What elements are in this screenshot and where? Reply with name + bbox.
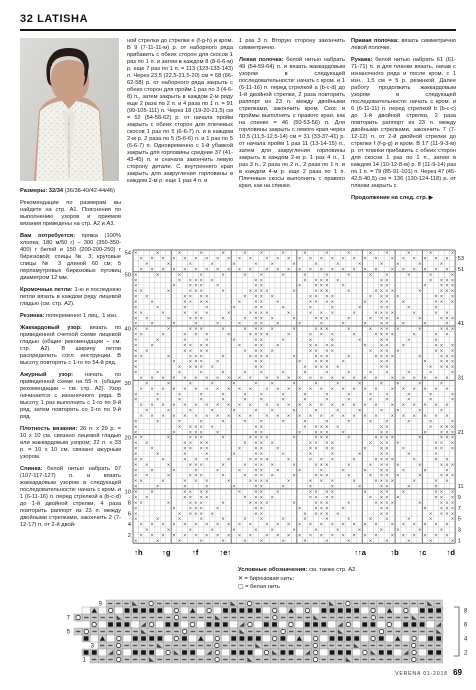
svg-text:×: × xyxy=(167,473,170,479)
svg-text:×: × xyxy=(374,500,377,506)
svg-text:×: × xyxy=(309,533,312,539)
svg-text:×: × xyxy=(325,251,328,257)
back-paragraph: Спинка:белой нитью набрать 97 (107-117-1… xyxy=(20,466,121,529)
svg-text:×: × xyxy=(156,452,159,458)
svg-text:×: × xyxy=(369,397,372,403)
svg-text:×: × xyxy=(451,299,454,305)
svg-text:×: × xyxy=(249,403,252,409)
svg-text:×: × xyxy=(227,256,230,262)
svg-text:×: × xyxy=(140,533,143,539)
svg-text:×: × xyxy=(353,310,356,316)
svg-text:×: × xyxy=(227,267,230,273)
svg-text:×: × xyxy=(336,408,339,414)
svg-text:×: × xyxy=(374,414,377,420)
svg-text:×: × xyxy=(200,370,203,376)
svg-text:×: × xyxy=(287,479,290,485)
svg-text:×: × xyxy=(314,473,317,479)
svg-text:×: × xyxy=(418,354,421,360)
svg-text:×: × xyxy=(413,267,416,273)
svg-text:4: 4 xyxy=(128,522,132,528)
svg-text:×: × xyxy=(140,435,143,441)
svg-text:×: × xyxy=(140,267,143,273)
svg-text:×: × xyxy=(303,424,306,430)
svg-text:×: × xyxy=(254,261,257,267)
svg-text:×: × xyxy=(222,500,225,506)
svg-text:×: × xyxy=(429,251,432,257)
svg-text:×: × xyxy=(434,522,437,528)
column-back-continued: ной стрелки до стрелки e (f-g-h) и кром.… xyxy=(127,38,233,250)
svg-text:×: × xyxy=(424,403,427,409)
svg-text:×: × xyxy=(194,267,197,273)
svg-text:×: × xyxy=(238,533,241,539)
svg-text:×: × xyxy=(391,403,394,409)
back-continued-paragraph: ной стрелки до стрелки e (f-g-h) и кром.… xyxy=(127,38,233,185)
svg-text:↑c: ↑c xyxy=(418,548,426,557)
svg-text:×: × xyxy=(167,261,170,267)
svg-text:×: × xyxy=(402,522,405,528)
svg-text:×: × xyxy=(434,414,437,420)
svg-text:×: × xyxy=(156,484,159,490)
svg-text:×: × xyxy=(172,468,175,474)
svg-text:×: × xyxy=(276,256,279,262)
svg-text:×: × xyxy=(161,267,164,273)
svg-text:×: × xyxy=(243,251,246,257)
svg-text:×: × xyxy=(320,414,323,420)
svg-text:×: × xyxy=(424,267,427,273)
svg-text:×: × xyxy=(134,517,137,523)
svg-text:×: × xyxy=(287,376,290,382)
svg-text:×: × xyxy=(374,403,377,409)
svg-text:×: × xyxy=(331,386,334,392)
svg-text:×: × xyxy=(336,365,339,371)
svg-text:×: × xyxy=(189,408,192,414)
svg-text:×: × xyxy=(282,397,285,403)
svg-text:×: × xyxy=(336,278,339,284)
svg-text:×: × xyxy=(363,343,366,349)
svg-text:×: × xyxy=(238,376,241,382)
svg-text:×: × xyxy=(194,376,197,382)
svg-text:×: × xyxy=(222,289,225,295)
svg-text:×: × xyxy=(249,533,252,539)
svg-text:×: × xyxy=(363,490,366,496)
svg-text:×: × xyxy=(413,256,416,262)
svg-text:×: × xyxy=(167,528,170,534)
svg-text:6: 6 xyxy=(464,623,468,629)
svg-text:11: 11 xyxy=(458,484,464,490)
svg-text:31: 31 xyxy=(458,376,464,382)
svg-text:×: × xyxy=(243,419,246,425)
lace-paragraph: Ажурный узор:начать по приведенной схеме… xyxy=(20,372,121,421)
svg-text:×: × xyxy=(325,327,328,333)
svg-text:×: × xyxy=(445,414,448,420)
svg-text:×: × xyxy=(424,522,427,528)
svg-text:×: × xyxy=(232,337,235,343)
svg-text:×: × xyxy=(211,528,214,534)
svg-text:×: × xyxy=(227,479,230,485)
svg-text:×: × xyxy=(276,522,279,528)
svg-text:↑h: ↑h xyxy=(134,548,143,557)
svg-text:×: × xyxy=(391,289,394,295)
svg-text:×: × xyxy=(254,408,257,414)
svg-text:×: × xyxy=(205,348,208,354)
svg-text:×: × xyxy=(249,479,252,485)
svg-text:×: × xyxy=(292,354,295,360)
svg-text:×: × xyxy=(183,376,186,382)
svg-text:×: × xyxy=(320,256,323,262)
svg-text:×: × xyxy=(145,294,148,300)
svg-text:×: × xyxy=(396,327,399,333)
svg-text:×: × xyxy=(172,283,175,289)
svg-text:×: × xyxy=(380,528,383,534)
svg-text:×: × xyxy=(380,365,383,371)
svg-text:×: × xyxy=(298,533,301,539)
svg-text:×: × xyxy=(276,414,279,420)
svg-text:×: × xyxy=(140,310,143,316)
svg-text:×: × xyxy=(391,267,394,273)
svg-text:×: × xyxy=(145,462,148,468)
svg-text:×: × xyxy=(336,528,339,534)
svg-text:×: × xyxy=(172,430,175,436)
svg-text:×: × xyxy=(396,528,399,534)
svg-text:×: × xyxy=(161,386,164,392)
svg-text:×: × xyxy=(369,294,372,300)
svg-text:50: 50 xyxy=(125,272,131,278)
sizes-paragraph: Размеры: 32/34(36/38-40/42-44/46) xyxy=(20,188,121,195)
svg-text:×: × xyxy=(391,435,394,441)
svg-text:×: × xyxy=(314,462,317,468)
svg-text:×: × xyxy=(331,495,334,501)
svg-text:×: × xyxy=(161,479,164,485)
svg-text:×: × xyxy=(249,332,252,338)
svg-text:×: × xyxy=(222,316,225,322)
svg-text:×: × xyxy=(194,256,197,262)
svg-text:×: × xyxy=(309,386,312,392)
svg-text:×: × xyxy=(353,457,356,463)
svg-text:×: × xyxy=(243,370,246,376)
svg-text:×: × xyxy=(287,403,290,409)
svg-text:×: × xyxy=(413,310,416,316)
svg-text:×: × xyxy=(298,386,301,392)
svg-text:×: × xyxy=(167,381,170,387)
svg-text:×: × xyxy=(418,261,421,267)
svg-text:×: × xyxy=(347,316,350,322)
svg-text:×: × xyxy=(271,462,274,468)
svg-text:×: × xyxy=(391,354,394,360)
svg-text:×: × xyxy=(282,452,285,458)
svg-text:×: × xyxy=(151,533,154,539)
svg-text:×: × xyxy=(265,500,268,506)
svg-text:×: × xyxy=(200,397,203,403)
svg-text:×: × xyxy=(216,283,219,289)
svg-text:×: × xyxy=(325,538,328,544)
svg-text:×: × xyxy=(254,528,257,534)
svg-text:×: × xyxy=(391,386,394,392)
svg-text:×: × xyxy=(298,506,301,512)
svg-text:×: × xyxy=(151,376,154,382)
svg-text:×: × xyxy=(331,267,334,273)
svg-text:×: × xyxy=(243,538,246,544)
svg-text:5: 5 xyxy=(67,630,71,636)
svg-text:×: × xyxy=(445,511,448,517)
svg-text:×: × xyxy=(353,332,356,338)
svg-text:×: × xyxy=(298,359,301,365)
svg-text:×: × xyxy=(363,403,366,409)
svg-text:×: × xyxy=(309,495,312,501)
svg-text:×: × xyxy=(276,386,279,392)
svg-text:×: × xyxy=(211,365,214,371)
svg-text:×: × xyxy=(413,403,416,409)
svg-text:×: × xyxy=(265,479,268,485)
svg-text:×: × xyxy=(402,343,405,349)
back-finish-paragraph: 1 раз 3 п. Вторую сторону закончить симм… xyxy=(239,38,345,52)
svg-text:×: × xyxy=(353,533,356,539)
page-title: 32 LATISHA xyxy=(20,13,88,25)
svg-text:×: × xyxy=(222,397,225,403)
svg-text:×: × xyxy=(396,294,399,300)
svg-text:×: × xyxy=(440,408,443,414)
svg-text:×: × xyxy=(145,473,148,479)
svg-text:×: × xyxy=(331,256,334,262)
svg-text:×: × xyxy=(167,327,170,333)
svg-text:×: × xyxy=(353,386,356,392)
svg-text:×: × xyxy=(200,299,203,305)
svg-text:×: × xyxy=(451,397,454,403)
svg-text:×: × xyxy=(407,272,410,278)
svg-text:×: × xyxy=(151,403,154,409)
svg-text:×: × xyxy=(167,435,170,441)
svg-text:×: × xyxy=(161,332,164,338)
svg-text:×: × xyxy=(374,457,377,463)
svg-text:×: × xyxy=(402,414,405,420)
svg-text:×: × xyxy=(336,261,339,267)
svg-text:×: × xyxy=(303,538,306,544)
svg-text:×: × xyxy=(249,354,252,360)
svg-text:×: × xyxy=(276,267,279,273)
svg-text:×: × xyxy=(331,310,334,316)
svg-text:×: × xyxy=(260,538,263,544)
svg-text:×: × xyxy=(276,376,279,382)
svg-text:×: × xyxy=(265,457,268,463)
svg-text:×: × xyxy=(189,365,192,371)
svg-text:×: × xyxy=(167,316,170,322)
svg-text:×: × xyxy=(385,538,388,544)
svg-text:×: × xyxy=(298,267,301,273)
svg-text:×: × xyxy=(331,414,334,420)
svg-text:×: × xyxy=(183,403,186,409)
svg-text:×: × xyxy=(254,511,257,517)
svg-text:×: × xyxy=(292,462,295,468)
svg-text:×: × xyxy=(194,479,197,485)
svg-text:×: × xyxy=(374,386,377,392)
svg-text:×: × xyxy=(200,462,203,468)
svg-text:×: × xyxy=(445,403,448,409)
svg-text:×: × xyxy=(161,522,164,528)
svg-text:×: × xyxy=(271,408,274,414)
svg-text:×: × xyxy=(320,376,323,382)
svg-text:×: × xyxy=(238,256,241,262)
svg-text:×: × xyxy=(249,414,252,420)
materials-paragraph: Вам потребуется:пряжа (100% хлопка; 180 … xyxy=(20,233,121,282)
svg-text:×: × xyxy=(271,473,274,479)
svg-text:×: × xyxy=(140,479,143,485)
svg-text:×: × xyxy=(418,289,421,295)
svg-text:×: × xyxy=(194,289,197,295)
recommendations-paragraph: Рекомендации по размерам вы найдете на с… xyxy=(20,200,121,228)
svg-text:×: × xyxy=(178,370,181,376)
svg-text:×: × xyxy=(254,365,257,371)
svg-text:×: × xyxy=(358,337,361,343)
svg-text:×: × xyxy=(342,376,345,382)
svg-text:×: × xyxy=(407,538,410,544)
svg-text:×: × xyxy=(445,332,448,338)
svg-text:×: × xyxy=(358,261,361,267)
svg-text:×: × xyxy=(216,533,219,539)
svg-text:×: × xyxy=(156,305,159,311)
svg-text:×: × xyxy=(353,522,356,528)
svg-text:×: × xyxy=(222,327,225,333)
svg-text:↑g: ↑g xyxy=(162,548,171,557)
svg-text:×: × xyxy=(189,528,192,534)
svg-text:×: × xyxy=(205,414,208,420)
svg-text:×: × xyxy=(194,365,197,371)
svg-text:×: × xyxy=(265,533,268,539)
svg-text:×: × xyxy=(167,354,170,360)
svg-text:×: × xyxy=(353,479,356,485)
svg-text:×: × xyxy=(287,256,290,262)
svg-text:×: × xyxy=(429,370,432,376)
svg-text:3: 3 xyxy=(91,644,95,650)
svg-text:×: × xyxy=(194,522,197,528)
svg-text:×: × xyxy=(451,327,454,333)
svg-text:×: × xyxy=(320,479,323,485)
svg-text:×: × xyxy=(407,397,410,403)
svg-text:×: × xyxy=(216,506,219,512)
svg-text:×: × xyxy=(325,462,328,468)
svg-text:×: × xyxy=(145,327,148,333)
svg-text:×: × xyxy=(216,430,219,436)
svg-text:×: × xyxy=(309,403,312,409)
svg-text:×: × xyxy=(358,305,361,311)
svg-text:×: × xyxy=(178,278,181,284)
svg-text:8: 8 xyxy=(128,500,131,506)
svg-text:×: × xyxy=(298,376,301,382)
svg-text:×: × xyxy=(167,408,170,414)
svg-text:×: × xyxy=(413,522,416,528)
svg-text:×: × xyxy=(331,457,334,463)
svg-text:×: × xyxy=(363,299,366,305)
svg-text:×: × xyxy=(211,278,214,284)
svg-text:×: × xyxy=(434,376,437,382)
svg-text:×: × xyxy=(200,327,203,333)
svg-text:×: × xyxy=(440,511,443,517)
svg-text:×: × xyxy=(156,272,159,278)
svg-text:×: × xyxy=(451,538,454,544)
svg-text:×: × xyxy=(331,522,334,528)
svg-text:×: × xyxy=(353,414,356,420)
svg-text:×: × xyxy=(287,414,290,420)
svg-text:×: × xyxy=(369,316,372,322)
svg-text:×: × xyxy=(309,348,312,354)
svg-text:×: × xyxy=(320,365,323,371)
svg-text:×: × xyxy=(205,386,208,392)
footer-brand: VERENA xyxy=(395,671,421,677)
svg-text:×: × xyxy=(287,522,290,528)
svg-text:×: × xyxy=(407,517,410,523)
svg-text:×: × xyxy=(374,256,377,262)
continuation-note: Продолжение на след. стр. ▶ xyxy=(351,195,456,202)
right-front-paragraph: Правая полочка:вязать симметрично левой … xyxy=(351,38,456,52)
svg-text:×: × xyxy=(151,414,154,420)
svg-text:×: × xyxy=(227,386,230,392)
svg-text:×: × xyxy=(140,457,143,463)
column-sleeves: Правая полочка:вязать симметрично левой … xyxy=(351,38,456,250)
svg-text:×: × xyxy=(167,289,170,295)
svg-text:×: × xyxy=(434,267,437,273)
svg-text:×: × xyxy=(347,419,350,425)
svg-text:×: × xyxy=(282,337,285,343)
svg-text:×: × xyxy=(227,332,230,338)
svg-text:×: × xyxy=(216,522,219,528)
svg-text:×: × xyxy=(374,310,377,316)
svg-text:×: × xyxy=(391,533,394,539)
svg-text:×: × xyxy=(320,435,323,441)
svg-text:×: × xyxy=(249,457,252,463)
svg-text:×: × xyxy=(145,528,148,534)
svg-text:×: × xyxy=(407,305,410,311)
svg-text:×: × xyxy=(342,256,345,262)
svg-text:×: × xyxy=(374,332,377,338)
svg-text:×: × xyxy=(347,500,350,506)
gauge-paragraph: Плотность вязания:26 п. x 29 р. = 10 x 1… xyxy=(20,426,121,461)
blank-stitch-icon: ▢ xyxy=(238,584,243,590)
svg-text:×: × xyxy=(183,386,186,392)
svg-text:×: × xyxy=(265,386,268,392)
svg-text:×: × xyxy=(440,316,443,322)
svg-text:×: × xyxy=(396,381,399,387)
svg-text:×: × xyxy=(309,310,312,316)
svg-text:×: × xyxy=(183,267,186,273)
svg-text:×: × xyxy=(342,468,345,474)
svg-text:×: × xyxy=(418,316,421,322)
svg-text:×: × xyxy=(440,473,443,479)
svg-text:×: × xyxy=(243,441,246,447)
svg-text:×: × xyxy=(156,419,159,425)
svg-text:×: × xyxy=(445,267,448,273)
svg-text:×: × xyxy=(347,462,350,468)
svg-text:×: × xyxy=(369,517,372,523)
svg-text:↑d: ↑d xyxy=(447,548,456,557)
svg-text:51: 51 xyxy=(458,267,464,273)
svg-text:×: × xyxy=(271,495,274,501)
svg-text:×: × xyxy=(391,256,394,262)
svg-text:×: × xyxy=(227,457,230,463)
svg-text:×: × xyxy=(418,473,421,479)
svg-text:×: × xyxy=(178,424,181,430)
svg-text:×: × xyxy=(151,490,154,496)
svg-text:×: × xyxy=(369,441,372,447)
svg-text:6: 6 xyxy=(128,511,131,517)
svg-text:×: × xyxy=(353,376,356,382)
svg-text:×: × xyxy=(172,256,175,262)
svg-text:×: × xyxy=(271,316,274,322)
svg-text:×: × xyxy=(145,441,148,447)
svg-text:×: × xyxy=(440,299,443,305)
svg-text:×: × xyxy=(172,506,175,512)
svg-text:×: × xyxy=(391,332,394,338)
svg-text:×: × xyxy=(347,289,350,295)
svg-text:×: × xyxy=(347,517,350,523)
svg-text:×: × xyxy=(276,468,279,474)
